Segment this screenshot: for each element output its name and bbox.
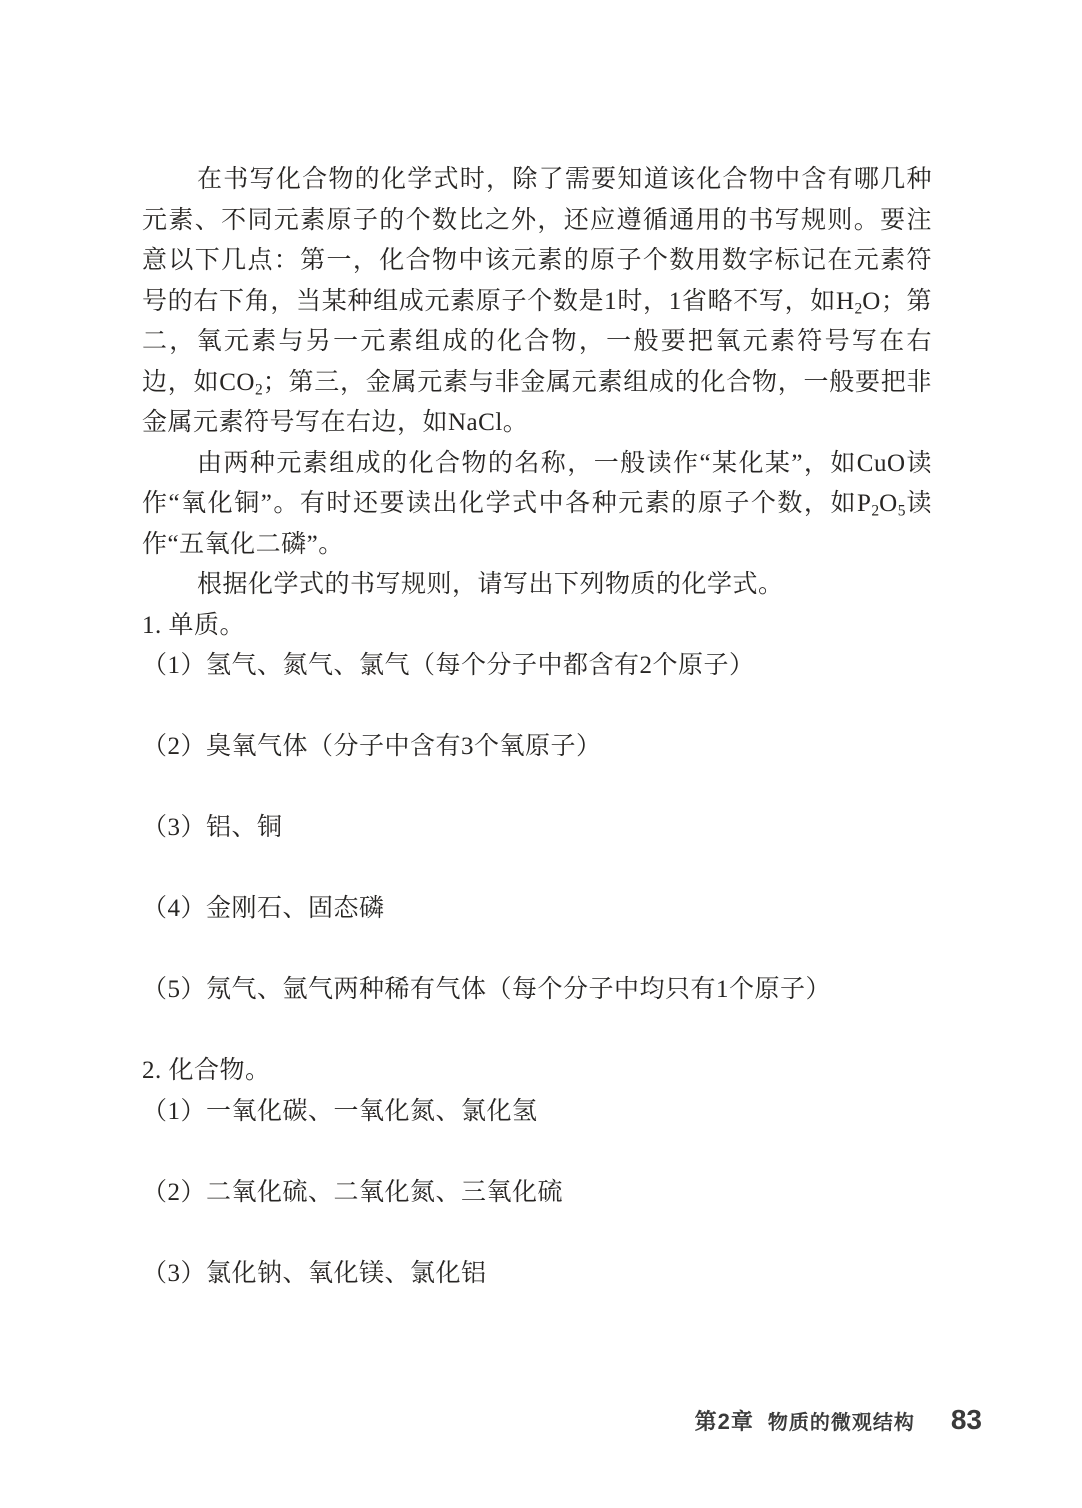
- para-formula-writing-rules: 在书写化合物的化学式时，除了需要知道该化合物中含有哪几种元素、不同元素原子的个数…: [142, 160, 932, 444]
- item-1-2: （2）臭氧气体（分子中含有3个氧原子）: [142, 727, 932, 768]
- item-2-2: （2）二氧化硫、二氧化氮、三氧化硫: [142, 1173, 932, 1214]
- chemical-subscript: 2: [855, 300, 863, 317]
- item-1-3: （3）铝、铜: [142, 808, 932, 849]
- item-2-3: （3）氯化钠、氧化镁、氯化铝: [142, 1254, 932, 1295]
- chemical-subscript: 2: [871, 502, 879, 519]
- heading-2-compounds: 2. 化合物。: [142, 1051, 932, 1092]
- chapter-label: 第2章: [695, 1405, 754, 1436]
- page-number: 83: [951, 1404, 982, 1436]
- heading-1-elements: 1. 单质。: [142, 606, 932, 647]
- item-1-1: （1）氢气、氮气、氯气（每个分子中都含有2个原子）: [142, 646, 932, 687]
- item-1-5: （5）氖气、氩气两种稀有气体（每个分子中均只有1个原子）: [142, 970, 932, 1011]
- chemical-subscript: 5: [898, 502, 906, 519]
- item-1-4: （4）金刚石、固态磷: [142, 889, 932, 930]
- para-compound-naming: 由两种元素组成的化合物的名称，一般读作“某化某”，如CuO读作“氧化铜”。有时还…: [142, 444, 932, 566]
- textbook-page: 在书写化合物的化学式时，除了需要知道该化合物中含有哪几种元素、不同元素原子的个数…: [0, 0, 1082, 1508]
- chemical-subscript: 2: [255, 381, 263, 398]
- para-task-instruction: 根据化学式的书写规则，请写出下列物质的化学式。: [142, 565, 932, 606]
- chapter-title: 物质的微观结构: [768, 1406, 915, 1435]
- item-2-1: （1）一氧化碳、一氧化氮、氯化氢: [142, 1092, 932, 1133]
- page-footer: 第2章 物质的微观结构 83: [695, 1404, 982, 1436]
- page-body: 在书写化合物的化学式时，除了需要知道该化合物中含有哪几种元素、不同元素原子的个数…: [142, 160, 932, 1294]
